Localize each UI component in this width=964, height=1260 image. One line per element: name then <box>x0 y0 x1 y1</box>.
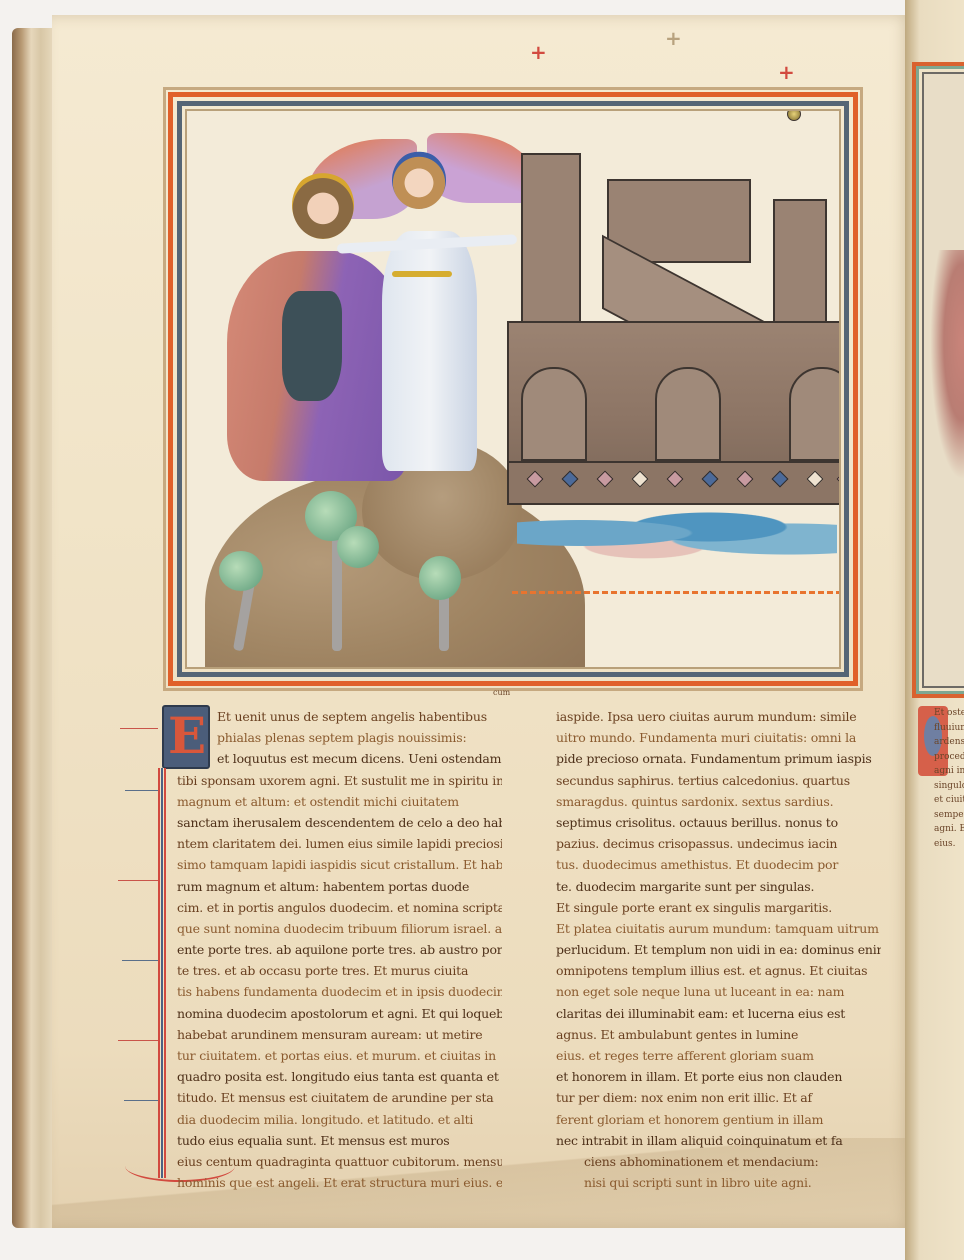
pen-sprig <box>122 960 158 961</box>
text-line: fluuium <box>934 721 964 736</box>
tree-crown-icon <box>419 556 461 600</box>
text-line: tibi sponsam uxorem agni. Et sustulit me… <box>177 770 502 791</box>
facing-text: Et ostendit fluuium ardens procedens agn… <box>934 706 964 851</box>
text-line: septimus crisolitus. octauus berillus. n… <box>556 812 881 833</box>
text-line: ardens <box>934 735 964 750</box>
text-line: Et uenit unus de septem angelis habentib… <box>177 706 502 727</box>
text-line: ente porte tres. ab aquilone porte tres.… <box>177 939 502 960</box>
miniature-scene <box>185 109 841 669</box>
text-line: magnum et altum: et ostendit michi ciuit… <box>177 791 502 812</box>
text-line: Et singule porte erant ex singulis marga… <box>556 897 881 918</box>
gem-icon <box>807 471 824 488</box>
text-line: pazius. decimus crisopassus. undecimus i… <box>556 833 881 854</box>
gem-icon <box>632 471 649 488</box>
city-gate <box>789 367 841 461</box>
text-line: pide precioso ornata. Fundamentum primum… <box>556 748 881 769</box>
text-line: habebat arundinem mensuram auream: ut me… <box>177 1024 502 1045</box>
text-column-left: Et uenit unus de septem angelis habentib… <box>177 706 502 1193</box>
text-line: smaragdus. quintus sardonix. sextus sard… <box>556 791 881 812</box>
text-line: eius centum quadraginta quattuor cubitor… <box>177 1151 502 1172</box>
text-line: Et platea ciuitatis aurum mundum: tamqua… <box>556 918 881 939</box>
text-line: phialas plenas septem plagis nouissimis: <box>177 727 502 748</box>
text-line: eius. <box>934 837 964 852</box>
blue-halo-icon <box>392 151 446 209</box>
text-line: tis habens fundamenta duodecim et in ips… <box>177 981 502 1002</box>
text-line: non eget sole neque luna ut luceant in e… <box>556 981 881 1002</box>
city-gate <box>655 367 721 461</box>
text-line: agni. Et seruient <box>934 822 964 837</box>
text-line: claritas dei illuminabit eam: et lucerna… <box>556 1003 881 1024</box>
right-tower <box>773 199 827 333</box>
text-line: omnipotens templum illius est. et agnus.… <box>556 960 881 981</box>
text-line: rum magnum et altum: habentem portas duo… <box>177 876 502 897</box>
gem-icon <box>597 471 614 488</box>
text-column-right: iaspide. Ipsa uero ciuitas aurum mundum:… <box>556 706 881 1193</box>
gem-icon <box>562 471 579 488</box>
text-line: iaspide. Ipsa uero ciuitas aurum mundum:… <box>556 706 881 727</box>
text-line: uitro mundo. Fundamenta muri ciuitatis: … <box>556 727 881 748</box>
text-line: ferent gloriam et honorem gentium in ill… <box>556 1109 881 1130</box>
facing-figure <box>930 250 964 480</box>
text-line: dia duodecim milia. longitudo. et latitu… <box>177 1109 502 1130</box>
pen-sprig <box>118 880 158 881</box>
pen-sprig <box>125 790 158 791</box>
pen-sprig <box>118 1040 158 1041</box>
angel-belt <box>392 271 452 277</box>
john-cloak <box>282 291 342 401</box>
text-line: te tres. et ab occasu porte tres. Et mur… <box>177 960 502 981</box>
angel-figure <box>382 231 477 471</box>
gem-icon <box>527 471 544 488</box>
gem-icon <box>837 471 841 488</box>
tree-trunk <box>439 591 449 651</box>
pen-flourish-border <box>158 768 166 1178</box>
text-line: tur ciuitatem. et portas eius. et murum.… <box>177 1045 502 1066</box>
gold-halo-icon <box>292 171 354 239</box>
text-line: te. duodecim margarite sunt per singulas… <box>556 876 881 897</box>
text-line: nec intrabit in illam aliquid coinquinat… <box>556 1130 881 1151</box>
text-line: nomina duodecim apostolorum et agni. Et … <box>177 1003 502 1024</box>
text-line: singulos redderet <box>934 779 964 794</box>
text-line: Et ostendit <box>934 706 964 721</box>
text-line: titudo. Et mensus est ciuitatem de arund… <box>177 1087 502 1108</box>
heavenly-jerusalem <box>507 131 841 501</box>
text-line: et ciuitatem <box>934 793 964 808</box>
flame-border <box>512 501 841 594</box>
text-line: perlucidum. Et templum non uidi in ea: d… <box>556 939 881 960</box>
text-line: secundus saphirus. tertius calcedonius. … <box>556 770 881 791</box>
faint-cross-icon: + <box>665 28 682 48</box>
text-line: simo tamquam lapidi iaspidis sicut crist… <box>177 854 502 875</box>
text-line: agni in medio <box>934 764 964 779</box>
text-line: ciens abhominationem et mendacium: <box>556 1151 881 1172</box>
gem-icon <box>702 471 719 488</box>
gem-icon <box>737 471 754 488</box>
text-line: nisi qui scripti sunt in libro uite agni… <box>556 1172 881 1193</box>
text-line: hominis que est angeli. Et erat structur… <box>177 1172 502 1193</box>
red-cross-icon: + <box>530 42 547 62</box>
text-line: que sunt nomina duodecim tribuum filioru… <box>177 918 502 939</box>
gold-finial-icon <box>787 109 801 121</box>
pen-sprig <box>124 1100 158 1101</box>
miniature-illustration <box>163 87 863 691</box>
text-line: agnus. Et ambulabunt gentes in lumine <box>556 1024 881 1045</box>
text-line: tus. duodecimus amethistus. Et duodecim … <box>556 854 881 875</box>
text-line: sanctam iherusalem descendentem de celo … <box>177 812 502 833</box>
city-gate <box>521 367 587 461</box>
gem-icon <box>772 471 789 488</box>
left-tower <box>521 153 581 337</box>
text-line: tur per diem: nox enim non erit illic. E… <box>556 1087 881 1108</box>
text-line: procedens <box>934 750 964 765</box>
text-line: cim. et in portis angulos duodecim. et n… <box>177 897 502 918</box>
text-line: tudo eius equalia sunt. Et mensus est mu… <box>177 1130 502 1151</box>
tree-crown-icon <box>337 526 379 568</box>
text-line: semper <box>934 808 964 823</box>
pen-sprig <box>120 728 158 729</box>
gem-icon <box>667 471 684 488</box>
text-line: ntem claritatem dei. lumen eius simile l… <box>177 833 502 854</box>
catchword: cum <box>493 688 510 697</box>
text-line: quadro posita est. longitudo eius tanta … <box>177 1066 502 1087</box>
text-line: et honorem in illam. Et porte eius non c… <box>556 1066 881 1087</box>
jeweled-foundation <box>507 461 841 505</box>
text-line: eius. et reges terre afferent gloriam su… <box>556 1045 881 1066</box>
red-cross-icon: + <box>778 62 795 82</box>
text-line: et loquutus est mecum dicens. Ueni osten… <box>177 748 502 769</box>
tree-crown-icon <box>219 551 263 591</box>
